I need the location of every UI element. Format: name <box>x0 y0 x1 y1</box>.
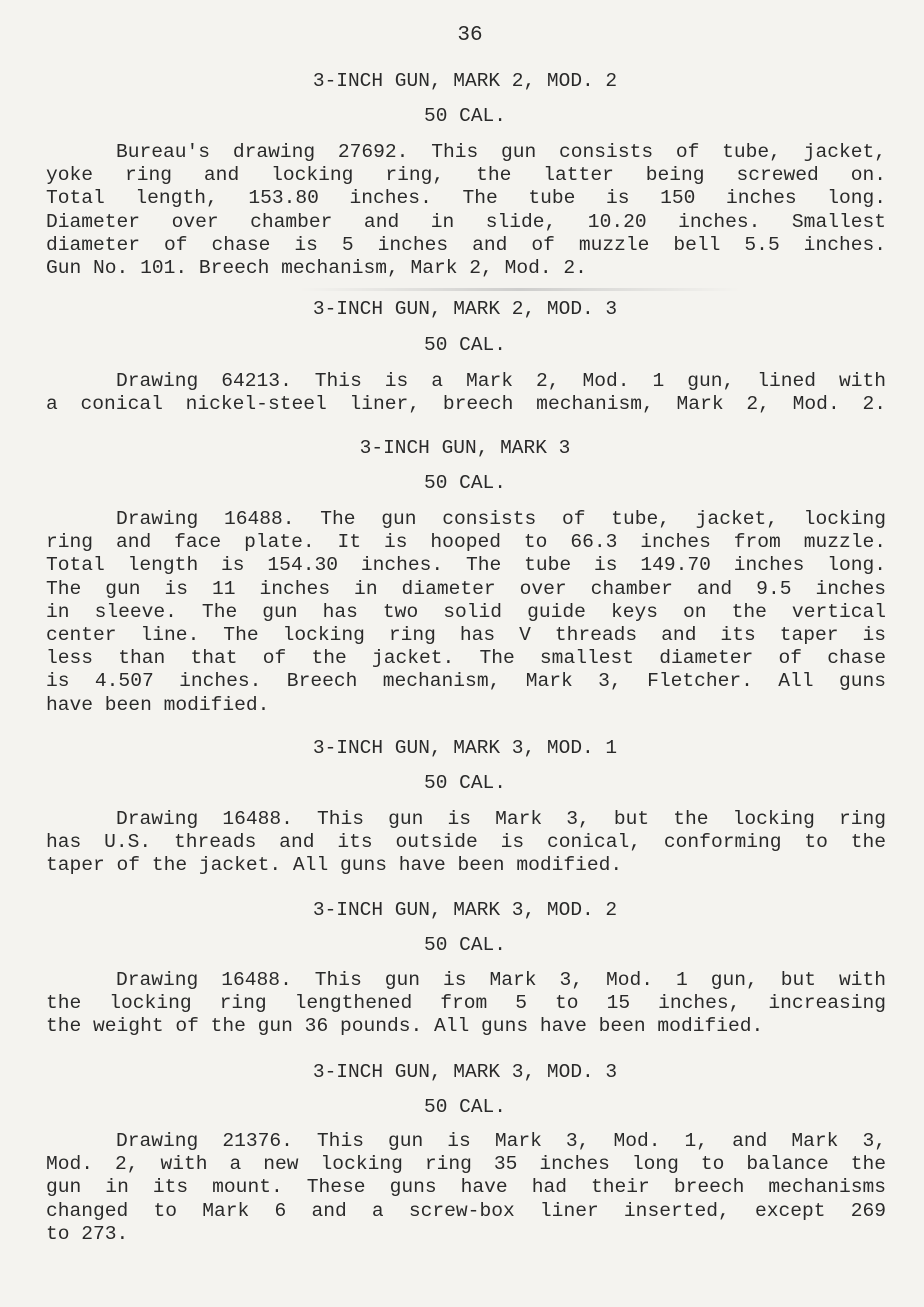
body-line: changed to Mark 6 and a screw-box liner … <box>46 1200 886 1223</box>
body-line: center line. The locking ring has V thre… <box>46 624 886 647</box>
section-caliber: 50 CAL. <box>0 934 924 956</box>
page-number: 36 <box>0 24 924 47</box>
body-line: Drawing 16488. This gun is Mark 3, Mod. … <box>46 969 886 992</box>
section-caliber: 50 CAL. <box>0 772 924 794</box>
body-line: diameter of chase is 5 inches and of muz… <box>46 234 886 257</box>
body-line: Drawing 21376. This gun is Mark 3, Mod. … <box>46 1130 886 1153</box>
body-line: Drawing 16488. The gun consists of tube,… <box>46 508 886 531</box>
section-body: Drawing 16488. This gun is Mark 3, Mod. … <box>46 969 886 1039</box>
body-line: gun in its mount. These guns have had th… <box>46 1176 886 1199</box>
body-line: the locking ring lengthened from 5 to 15… <box>46 992 886 1015</box>
body-line: Bureau's drawing 27692. This gun consist… <box>46 141 886 164</box>
section-body: Bureau's drawing 27692. This gun consist… <box>46 141 886 280</box>
section-heading: 3-INCH GUN, MARK 3, MOD. 3 <box>0 1061 924 1083</box>
body-line: has U.S. threads and its outside is coni… <box>46 831 886 854</box>
section-caliber: 50 CAL. <box>0 472 924 494</box>
body-line: yoke ring and locking ring, the latter b… <box>46 164 886 187</box>
document-page: 36 3-INCH GUN, MARK 2, MOD. 2 50 CAL. Bu… <box>0 0 924 1307</box>
section-body: Drawing 16488. This gun is Mark 3, but t… <box>46 808 886 878</box>
section-body: Drawing 64213. This is a Mark 2, Mod. 1 … <box>46 370 886 416</box>
body-line: taper of the jacket. All guns have been … <box>46 854 886 877</box>
body-line: ring and face plate. It is hooped to 66.… <box>46 531 886 554</box>
body-line: Drawing 64213. This is a Mark 2, Mod. 1 … <box>46 370 886 393</box>
body-line: have been modified. <box>46 694 886 717</box>
body-line: The gun is 11 inches in diameter over ch… <box>46 578 886 601</box>
body-line: Total length, 153.80 inches. The tube is… <box>46 187 886 210</box>
section-caliber: 50 CAL. <box>0 334 924 356</box>
section-heading: 3-INCH GUN, MARK 3 <box>0 437 924 459</box>
body-line: Gun No. 101. Breech mechanism, Mark 2, M… <box>46 257 886 280</box>
section-heading: 3-INCH GUN, MARK 3, MOD. 1 <box>0 737 924 759</box>
section-body: Drawing 21376. This gun is Mark 3, Mod. … <box>46 1130 886 1246</box>
body-line: to 273. <box>46 1223 886 1246</box>
section-heading: 3-INCH GUN, MARK 3, MOD. 2 <box>0 899 924 921</box>
scan-artifact-divider <box>300 288 740 291</box>
body-line: the weight of the gun 36 pounds. All gun… <box>46 1015 886 1038</box>
body-line: in sleeve. The gun has two solid guide k… <box>46 601 886 624</box>
section-caliber: 50 CAL. <box>0 105 924 127</box>
body-line: a conical nickel-steel liner, breech mec… <box>46 393 886 416</box>
section-heading: 3-INCH GUN, MARK 2, MOD. 3 <box>0 298 924 320</box>
section-body: Drawing 16488. The gun consists of tube,… <box>46 508 886 717</box>
body-line: is 4.507 inches. Breech mechanism, Mark … <box>46 670 886 693</box>
body-line: Diameter over chamber and in slide, 10.2… <box>46 211 886 234</box>
body-line: less than that of the jacket. The smalle… <box>46 647 886 670</box>
section-heading: 3-INCH GUN, MARK 2, MOD. 2 <box>0 70 924 92</box>
body-line: Mod. 2, with a new locking ring 35 inche… <box>46 1153 886 1176</box>
body-line: Drawing 16488. This gun is Mark 3, but t… <box>46 808 886 831</box>
body-line: Total length is 154.30 inches. The tube … <box>46 554 886 577</box>
section-caliber: 50 CAL. <box>0 1096 924 1118</box>
